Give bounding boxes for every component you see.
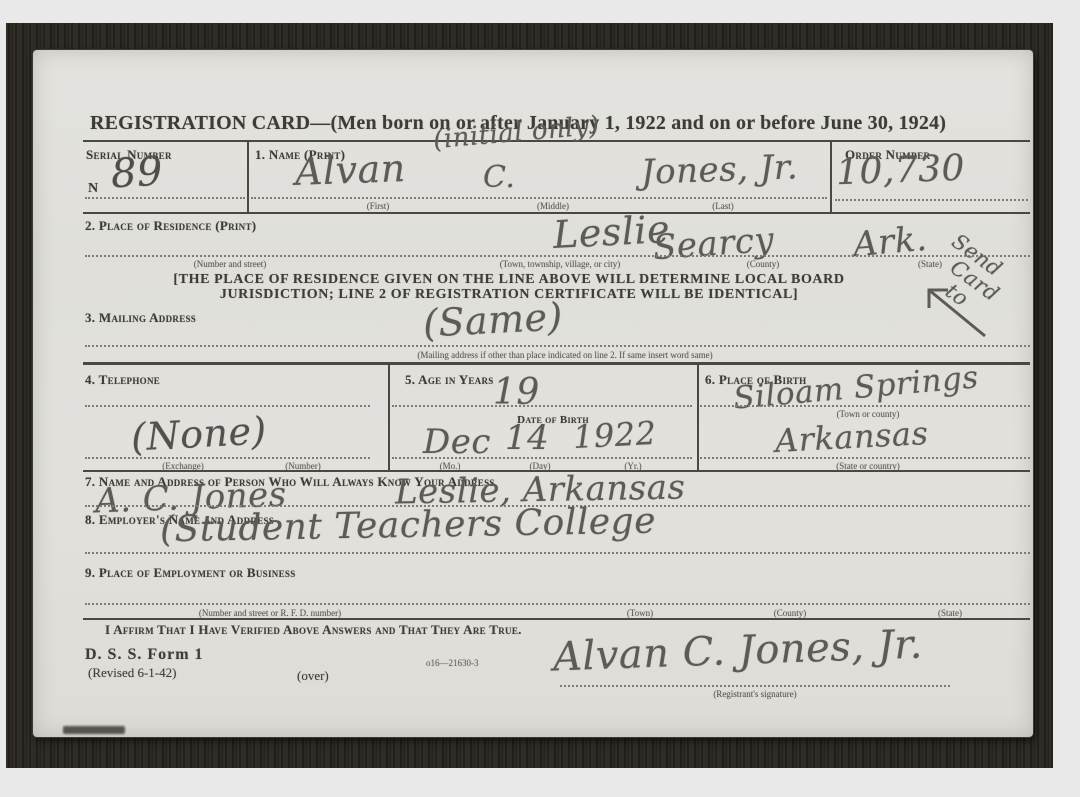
mailing-address-value: (Same) <box>422 294 564 345</box>
birthplace-state-value: Arkansas <box>774 414 929 460</box>
dob-year-value: 1922 <box>572 414 657 456</box>
serial-line <box>85 197 245 199</box>
residence-county-hint: (County) <box>723 259 803 269</box>
residence-line <box>85 255 1030 257</box>
age-line <box>392 405 692 407</box>
name-line <box>251 197 827 199</box>
dob-month-value: Dec <box>423 422 491 462</box>
last-hint: (Last) <box>678 201 768 211</box>
employment-town-hint: (Town) <box>605 608 675 618</box>
divider-age-birth <box>697 362 699 470</box>
form-number: D. S. S. Form 1 <box>85 646 204 664</box>
name-first-value: Alvan <box>294 146 406 194</box>
registrant-signature: Alvan C. Jones, Jr. <box>552 622 923 681</box>
row3-rule <box>83 362 1030 365</box>
mailing-line <box>85 345 1030 347</box>
name-last-value: Jones, Jr. <box>640 147 798 192</box>
mailing-hint: (Mailing address if other than place ind… <box>215 350 915 360</box>
employment-line <box>85 603 1030 605</box>
signature-line <box>560 685 950 687</box>
telephone-line2 <box>85 457 370 459</box>
mailing-address-label: 3. Mailing Address <box>85 310 196 326</box>
residence-label: 2. Place of Residence (Print) <box>85 218 256 234</box>
affirmation-text: I Affirm That I Have Verified Above Answ… <box>105 622 522 638</box>
over-note: (over) <box>297 668 329 684</box>
age-label: 5. Age in Years <box>405 372 494 388</box>
employer-line <box>85 552 1030 554</box>
divider-serial-name <box>247 140 249 212</box>
employer-value: (Student Teachers College <box>160 501 657 551</box>
signature-hint: (Registrant's signature) <box>665 689 845 699</box>
serial-number-value: 89 <box>110 149 164 198</box>
scanned-draft-card-view: REGISTRATION CARD—(Men born on or after … <box>0 0 1080 797</box>
dob-line <box>392 457 692 459</box>
name-middle-value: C. <box>483 160 515 195</box>
arrow-up-left-icon <box>921 282 991 342</box>
order-line <box>835 199 1028 201</box>
employment-state-hint: (State) <box>915 608 985 618</box>
residence-town-hint: (Town, township, village, or city) <box>440 259 680 269</box>
divider-telephone-age <box>388 362 390 470</box>
telephone-value: (None) <box>130 408 268 459</box>
print-code: o16—21630-3 <box>426 658 479 668</box>
employment-street-hint: (Number and street or R. F. D. number) <box>120 608 420 618</box>
residence-street-hint: (Number and street) <box>130 259 330 269</box>
board-notice-line1: [THE PLACE OF RESIDENCE GIVEN ON THE LIN… <box>59 272 959 288</box>
telephone-label: 4. Telephone <box>85 372 160 388</box>
employment-county-hint: (County) <box>750 608 830 618</box>
employment-label: 9. Place of Employment or Business <box>85 565 296 581</box>
dob-day-value: 14 <box>505 418 549 458</box>
birthplace-line1 <box>700 405 1030 407</box>
telephone-line1 <box>85 405 370 407</box>
birthplace-line2 <box>700 457 1030 459</box>
row9-rule <box>83 618 1030 620</box>
serial-prefix: N <box>88 181 98 197</box>
scan-frame: REGISTRATION CARD—(Men born on or after … <box>6 23 1053 768</box>
first-hint: (First) <box>333 201 423 211</box>
divider-name-order <box>830 140 832 212</box>
middle-hint: (Middle) <box>508 201 598 211</box>
ink-smudge <box>63 726 125 734</box>
form-revision: (Revised 6-1-42) <box>88 665 176 681</box>
registration-card: REGISTRATION CARD—(Men born on or after … <box>33 50 1033 737</box>
order-number-value: 10,730 <box>835 148 965 193</box>
